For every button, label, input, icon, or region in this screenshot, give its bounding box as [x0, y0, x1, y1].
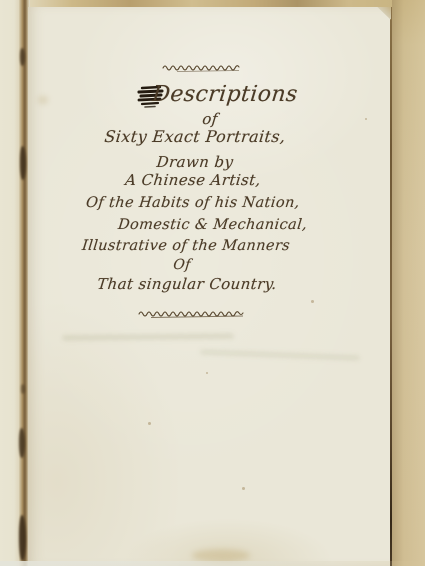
title-line-of: of — [179, 112, 241, 127]
title-line-chinese-artist: A Chinese Artist, — [117, 173, 269, 188]
page-speck — [365, 118, 367, 120]
page-speck — [148, 422, 151, 425]
title-line-domestic-mechanical: Domestic & Mechanical, — [117, 218, 279, 233]
title-line-habits-of-nation: Of the Habits of his Nation, — [85, 196, 291, 211]
title-line-descriptions: Descriptions — [151, 84, 299, 106]
page-speck — [242, 487, 245, 490]
page-stain — [38, 96, 48, 104]
title-line-of-2: Of — [156, 258, 207, 272]
gutter-ink-blotch — [20, 146, 26, 180]
gutter-ink-blotch — [20, 48, 25, 66]
page-speck — [311, 300, 314, 303]
gutter-ink-blotch — [19, 428, 25, 458]
manuscript-photo: Descriptions of Sixty Exact Portraits, D… — [0, 0, 425, 566]
page-block-right-edge — [392, 0, 425, 566]
gutter-ink-blotch — [21, 384, 25, 394]
page-speck — [206, 372, 208, 374]
title-line-sixty-exact-portraits: Sixty Exact Portraits, — [99, 129, 291, 145]
wavy-rule-top-icon — [161, 62, 243, 75]
title-line-drawn-by: Drawn by — [139, 155, 251, 170]
wavy-rule-bottom-icon — [137, 307, 247, 321]
facing-page-edge — [0, 0, 20, 566]
title-line-singular-country: That singular Country. — [95, 277, 279, 292]
title-line-illustrative-manners: Illustrative of the Manners — [81, 239, 277, 254]
gutter-ink-blotch — [19, 515, 26, 561]
photo-bottom-edge — [0, 561, 425, 566]
